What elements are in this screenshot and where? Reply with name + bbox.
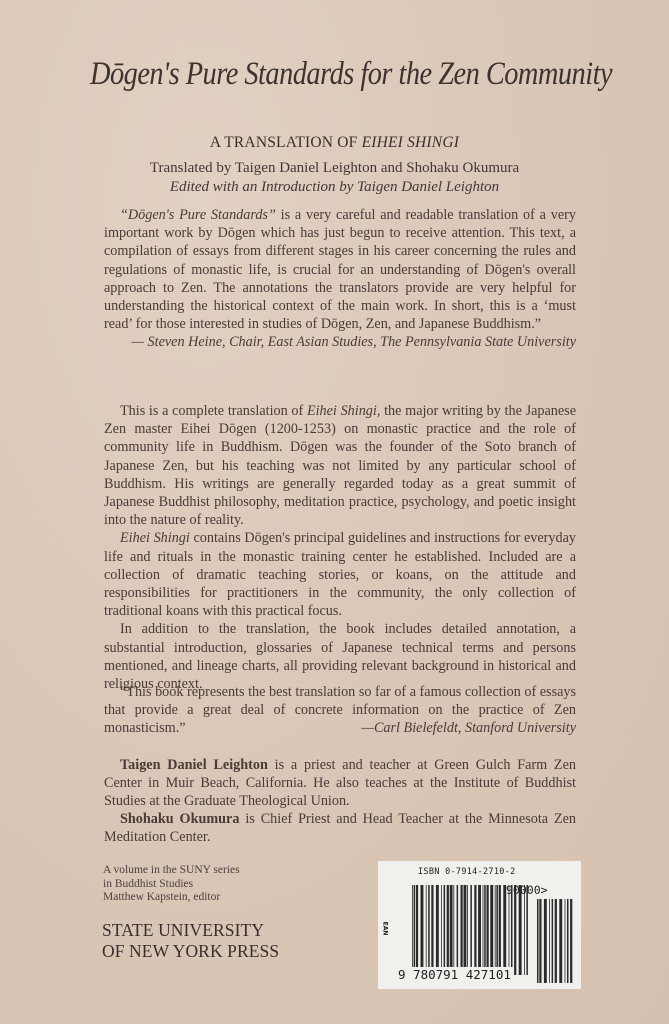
isbn-number: ISBN 0-7914-2710-2	[418, 867, 516, 877]
subtitle: A TRANSLATION OF EIHEI SHINGI	[0, 134, 669, 152]
publisher-line: STATE UNIVERSITY	[102, 920, 279, 941]
series-line: A volume in the SUNY series	[103, 864, 240, 878]
subtitle-work-title: EIHEI SHINGI	[362, 134, 460, 151]
endorsement-text: “Dōgen's Pure Standards” is a very caref…	[104, 206, 576, 333]
isbn-barcode: ISBN 0-7914-2710-2 90000> EAN 9 780791 4…	[378, 861, 581, 989]
publisher-line: OF NEW YORK PRESS	[102, 941, 279, 962]
description-paragraph: Eihei Shingi contains Dōgen's principal …	[104, 529, 576, 620]
series-line: Matthew Kapstein, editor	[103, 891, 240, 905]
book-title: Dōgen's Pure Standards for the Zen Commu…	[90, 56, 537, 93]
description-text: the major writing by the Japanese Zen ma…	[104, 403, 576, 528]
bio-text: Shohaku Okumura is Chief Priest and Head…	[104, 810, 576, 846]
description-paragraph: This is a complete translation of Eihei …	[104, 402, 576, 529]
book-back-cover: Dōgen's Pure Standards for the Zen Commu…	[0, 0, 669, 1024]
endorsement-heine: “Dōgen's Pure Standards” is a very caref…	[104, 206, 576, 352]
ean-digits: 9 780791 427101	[396, 967, 513, 982]
author-name: Shohaku Okumura	[120, 811, 239, 827]
quoted-title: “Dōgen's Pure Standards”	[120, 207, 276, 223]
subtitle-prefix: A TRANSLATION OF	[210, 134, 362, 151]
endorsement-bielefeldt: “This book represents the best translati…	[104, 683, 576, 738]
publisher-name: STATE UNIVERSITY OF NEW YORK PRESS	[102, 920, 279, 962]
description-text: This is a complete translation of	[120, 403, 307, 419]
ean-label: EAN	[381, 922, 388, 936]
author-bio-okumura: Shohaku Okumura is Chief Priest and Head…	[104, 810, 576, 846]
work-title: Eihei Shingi	[120, 530, 190, 546]
endorsement-attribution: — Steven Heine, Chair, East Asian Studie…	[104, 333, 576, 351]
barcode-bars-icon	[411, 885, 531, 975]
series-line: in Buddhist Studies	[103, 878, 240, 892]
series-note: A volume in the SUNY series in Buddhist …	[103, 864, 240, 905]
work-title: Eihei Shingi,	[307, 403, 380, 419]
bio-text: Taigen Daniel Leighton is a priest and t…	[104, 756, 576, 811]
addon-barcode-bars-icon	[536, 899, 574, 983]
author-name: Taigen Daniel Leighton	[120, 757, 268, 773]
translators-credit: Translated by Taigen Daniel Leighton and…	[0, 160, 669, 177]
endorsement-body: is a very careful and readable translati…	[104, 207, 576, 332]
author-bio-leighton: Taigen Daniel Leighton is a priest and t…	[104, 756, 576, 811]
book-description: This is a complete translation of Eihei …	[104, 402, 576, 693]
editor-credit: Edited with an Introduction by Taigen Da…	[0, 179, 669, 196]
